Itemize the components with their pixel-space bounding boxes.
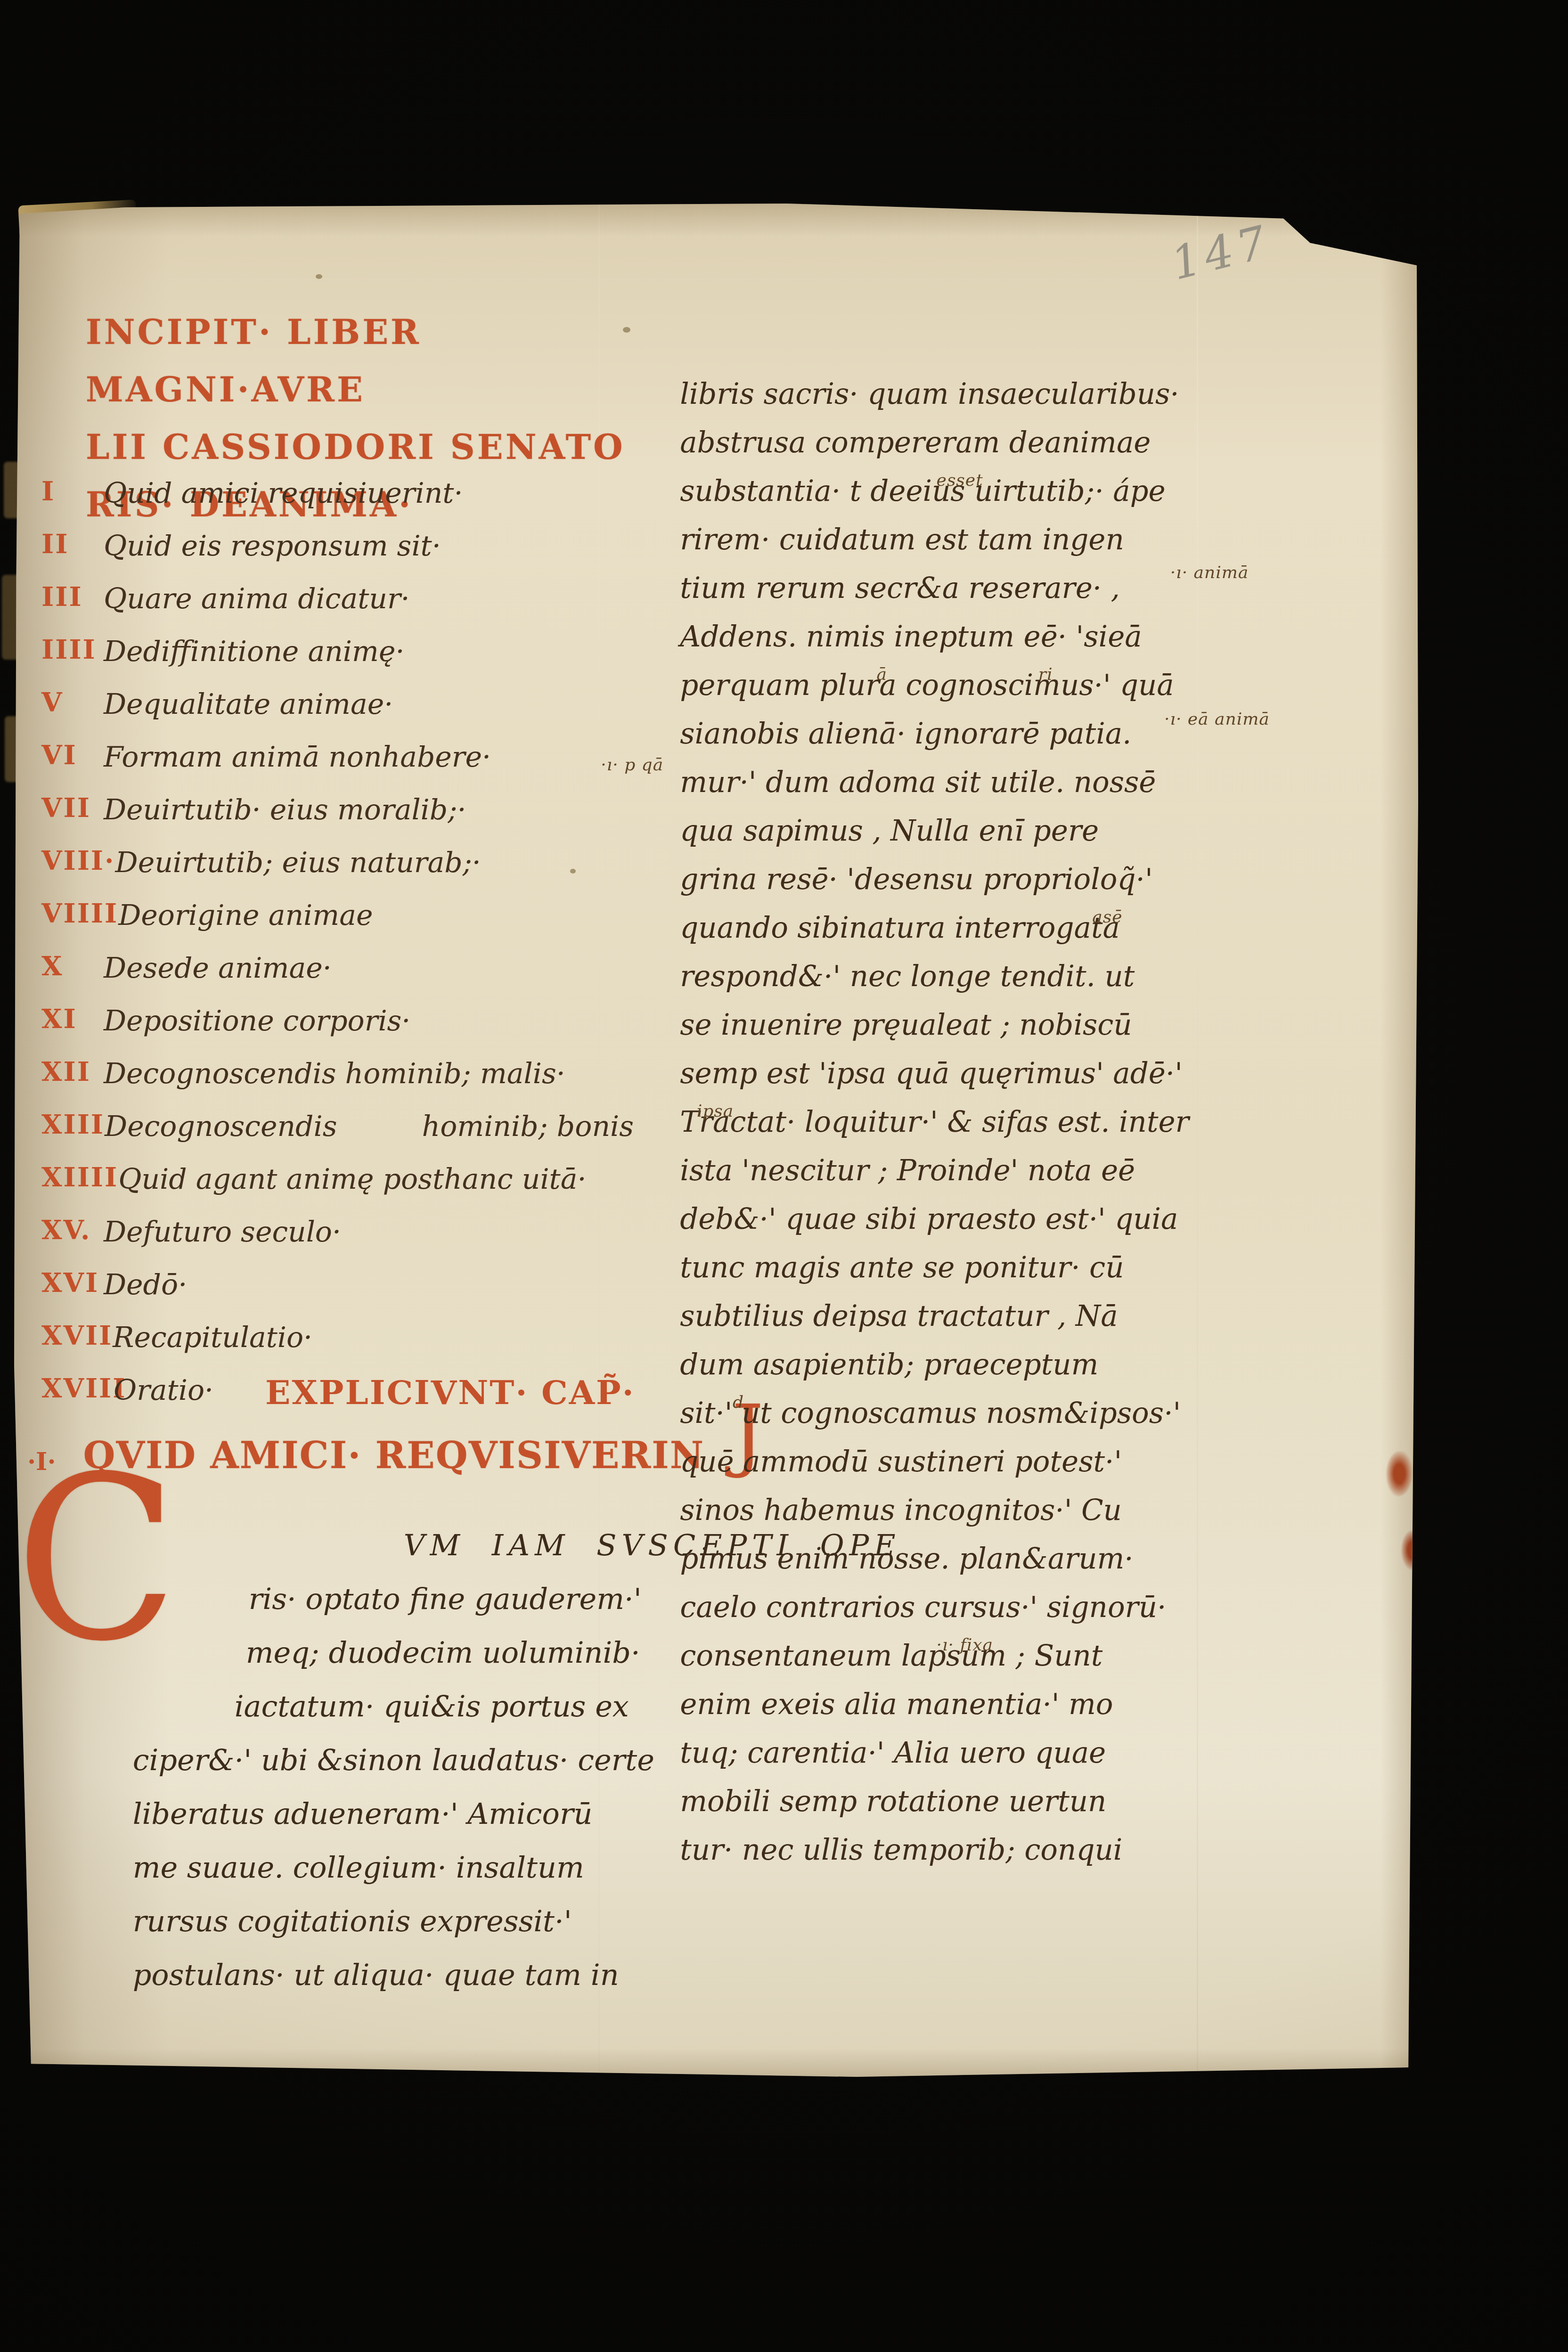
text-line: grina resē· 'desensu proprioloq̃·' [607, 829, 1206, 878]
chapter-title: Quid agant animę posthanc uitā· [118, 1162, 586, 1197]
interlinear-gloss: ipsa [697, 1102, 734, 1121]
chapter-title: Desede animae· [104, 951, 332, 986]
interlinear-gloss: ā [876, 665, 887, 684]
chapter-title: Deuirtutib· eius moralib;· [104, 792, 466, 828]
chapter-title: Depositione corporis· [104, 1004, 410, 1039]
text-line: pimus enim nosse. plan&arum· [607, 1509, 1206, 1557]
chapter-row: XII Decognoscendis hominib; malis· [41, 1056, 635, 1109]
text-line-content: me suaue. collegium· insaltum [133, 1850, 584, 1885]
text-line: respond&·' nec longe tendit. ut asē [607, 926, 1206, 975]
chapter-row: III Quare anima dicatur· [41, 581, 635, 634]
text-line: mobili semp rotatione uertun [607, 1751, 1206, 1800]
right-text-column: libris sacris· quam insaecularibus· abst… [607, 344, 1206, 1848]
ink-speck [570, 869, 576, 874]
text-line: substantia· t deeius uirtutib;· ápe [607, 441, 1206, 490]
text-line: subtilius deipsa tractatur , Nā [607, 1266, 1206, 1315]
text-line-content: ciper&·' ubi &sinon laudatus· certe [133, 1743, 654, 1777]
chapter-row: VI Formam animā nonhabere· [41, 740, 635, 792]
chapter-row: XVI Dedō· [41, 1267, 635, 1320]
chapter-numeral: XVI [41, 1267, 104, 1299]
chapter-numeral: XVII [41, 1320, 113, 1352]
text-line: VM IAM SVSCEPTI OPE [27, 1494, 616, 1547]
interlinear-gloss: ·ı· animā [1170, 563, 1249, 582]
text-line-content: meq; duodecim uoluminib· [246, 1635, 640, 1670]
chapter-title: Recapitulatio· [113, 1320, 312, 1356]
chapter-numeral: VIIII [41, 898, 118, 930]
interlinear-gloss: d [733, 1393, 744, 1412]
chapter-row: XV. Defuturo seculo· [41, 1215, 635, 1267]
text-line: dum asapientib; praeceptum [607, 1315, 1206, 1363]
text-line: consentaneum lapsum ; Sunt [607, 1606, 1206, 1654]
text-line: perquam plura cognoscimus·' quā [607, 635, 1206, 684]
chapter-numeral: VIII· [41, 845, 115, 877]
red-ink-stain [1386, 1451, 1413, 1496]
chapter-title: Quid amici requisiuerint· [104, 476, 463, 511]
chapter-title: Defuturo seculo· [104, 1215, 341, 1250]
chapter-numeral: XI [41, 1004, 104, 1035]
left-text-column: VM IAM SVSCEPTI OPE ris· optato fine gau… [27, 1494, 616, 1977]
chapter-row: X Desede animae· [41, 951, 635, 1004]
rubric-line: INCIPIT· LIBER MAGNI·AVRE [86, 303, 642, 418]
chapter-numeral: VII [41, 792, 104, 824]
text-line: semp est 'ipsa quā quęrimus' adē·' [607, 1023, 1206, 1072]
text-line: rirem· cuidatum est tam ingen esset [607, 490, 1206, 538]
text-line: sit·' ut cognoscamus nosm&ipsos·' [607, 1363, 1206, 1412]
text-line: libris sacris· quam insaecularibus· [607, 344, 1206, 392]
text-line: deb&·' quae sibi praesto est·' quia [607, 1169, 1206, 1217]
ink-speck [316, 274, 322, 279]
text-line: tuq; carentia·' Alia uero quae [607, 1703, 1206, 1751]
chapter-numeral: XV. [41, 1215, 104, 1246]
chapter-row: I Quid amici requisiuerint· [41, 476, 635, 529]
ink-speck [623, 327, 630, 333]
text-line: ista 'nescitur ; Proinde' nota eē ipsa [607, 1120, 1206, 1169]
text-line: caelo contrarios cursus·' signorū· [607, 1557, 1206, 1606]
chapter-row: XVIII Oratio· EXPLICIVNT· CAP̃· [41, 1373, 635, 1426]
text-line: qua sapimus , Nulla enī pere ·ı· p qā [607, 781, 1206, 829]
folio-number: 147 [1166, 215, 1276, 290]
text-line: sianobis alienā· ignorarē patia. āri [607, 684, 1206, 732]
text-line: tunc magis ante se ponitur· cū [607, 1217, 1206, 1266]
chapter-numeral: III [41, 581, 104, 613]
chapter-row: XVII Recapitulatio· [41, 1320, 635, 1373]
chapter-list: I Quid amici requisiuerint· II Quid eis … [41, 476, 635, 1426]
chapter-title: Dedō· [104, 1267, 187, 1303]
chapter-numeral: II [41, 529, 104, 560]
chapter-row: VII Deuirtutib· eius moralib;· [41, 792, 635, 845]
interlinear-gloss: ·ı· eā animā [1164, 710, 1270, 729]
chapter-numeral: XII [41, 1056, 104, 1088]
text-line: se inuenire pręualeat ; nobiscū [607, 975, 1206, 1023]
chapter-title: Deorigine animae [118, 898, 373, 933]
explicit-label: EXPLICIVNT· CAP̃· [265, 1373, 635, 1412]
text-line-content: liberatus adueneram·' Amicorū [133, 1797, 593, 1831]
chapter-title: Oratio· [114, 1373, 213, 1408]
text-line-content: postulans· ut aliqua· quae tam in [133, 1958, 619, 1992]
rubric-line: LII CASSIODORI SENATO [86, 418, 642, 476]
parchment-page: 147 INCIPIT· LIBER MAGNI·AVRELII CASSIOD… [14, 204, 1418, 2077]
text-line-content: iactatum· qui&is portus ex [235, 1689, 629, 1723]
chapter-row: XIII Decognoscendis hominib; bonis [41, 1109, 635, 1162]
chapter-title: Dequalitate animae· [104, 687, 393, 722]
chapter-numeral: XVIII [41, 1373, 114, 1405]
text-line-content: rursus cogitationis expressit·' [133, 1904, 572, 1938]
text-line: sinos habemus incognitos·' Cu [607, 1460, 1206, 1509]
chapter-row: VIIII Deorigine animae [41, 898, 635, 951]
chapter-title: Deuirtutib; eius naturab;· [115, 845, 481, 881]
interlinear-gloss: ri [1038, 665, 1053, 684]
red-ink-stain [1401, 1530, 1424, 1570]
chapter-row: XI Depositione corporis· [41, 1004, 635, 1056]
interlinear-gloss: esset [937, 471, 983, 490]
chapter-numeral: IIII [41, 634, 104, 666]
chapter-row: VIII· Deuirtutib; eius naturab;· [41, 845, 635, 898]
text-line: enim exeis alia manentia·' mo ·ı· fixa [607, 1654, 1206, 1703]
text-line: mur·' dum adoma sit utile. nossē ·ı· eā … [607, 732, 1206, 781]
chapter-numeral: VI [41, 740, 104, 771]
chapter-title: Decognoscendis hominib; malis· [104, 1056, 565, 1092]
chapter-numeral: X [41, 951, 104, 982]
text-line-content: ris· optato fine gauderem·' [249, 1582, 642, 1616]
text-line: tur· nec ullis temporib; conqui [607, 1800, 1206, 1848]
chapter-numeral: V [41, 687, 104, 719]
chapter-numeral: XIIII [41, 1162, 118, 1193]
chapter-numeral: I [41, 476, 104, 507]
chapter-title: Formam animā nonhabere· [104, 740, 491, 775]
chapter-title: Quid eis responsum sit· [104, 529, 441, 564]
chapter-title: Dediffinitione animę· [104, 634, 404, 670]
chapter-row: IIII Dediffinitione animę· [41, 634, 635, 687]
chapter-row: XIIII Quid agant animę posthanc uitā· [41, 1162, 635, 1215]
text-line: tium rerum secr&a reserare· , [607, 538, 1206, 587]
interlinear-gloss: ·ı· p qā [601, 755, 663, 775]
interlinear-gloss: asē [1092, 907, 1122, 927]
manuscript-photo: 147 INCIPIT· LIBER MAGNI·AVRELII CASSIOD… [0, 0, 1568, 2352]
chapter-title: Quare anima dicatur· [104, 581, 410, 617]
text-line: quē ammodū sustineri potest·' d [607, 1412, 1206, 1460]
chapter-row: II Quid eis responsum sit· [41, 529, 635, 581]
chapter-title: Decognoscendis hominib; bonis [105, 1109, 634, 1144]
interlinear-gloss: ·ı· fixa [937, 1635, 993, 1655]
chapter-numeral: XIII [41, 1109, 105, 1141]
text-line: Addens. nimis ineptum eē· 'sieā ·ı· anim… [607, 587, 1206, 635]
chapter-row: V Dequalitate animae· [41, 687, 635, 740]
text-line-content: tur· nec ullis temporib; conqui [680, 1833, 1122, 1867]
text-line: abstrusa compereram deanimae [607, 392, 1206, 441]
